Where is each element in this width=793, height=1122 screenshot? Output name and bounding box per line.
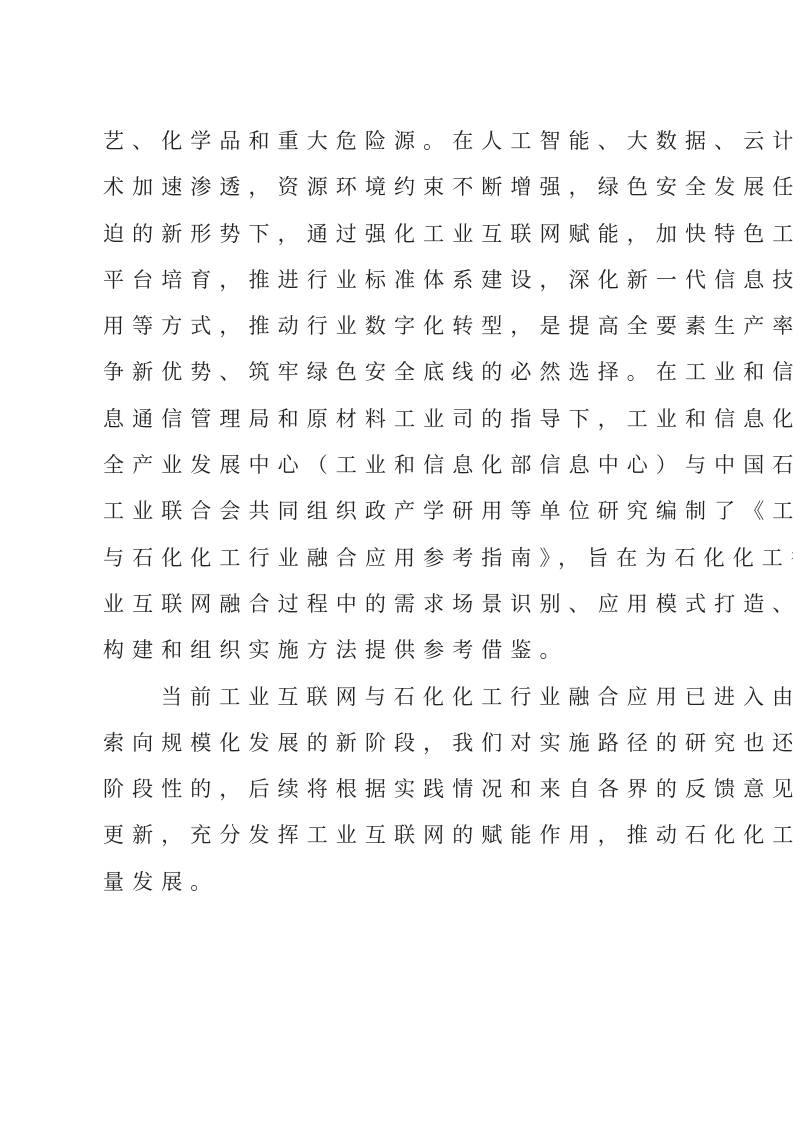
text-line: 与石化化工行业融合应用参考指南》，旨在为石化化工行业与工 <box>103 535 695 581</box>
text-line: 争新优势、筑牢绿色安全底线的必然选择。在工业和信息化部信 <box>103 349 695 395</box>
text-line: 量发展。 <box>103 859 695 905</box>
text-line: 阶段性的，后续将根据实践情况和来自各界的反馈意见适时修订 <box>103 766 695 812</box>
text-line: 当前工业互联网与石化化工行业融合应用已进入由起步探 <box>103 674 695 720</box>
text-line: 全产业发展中心（工业和信息化部信息中心）与中国石油和化学 <box>103 442 695 488</box>
text-line: 息通信管理局和原材料工业司的指导下，工业和信息化部网络安 <box>103 396 695 442</box>
text-line: 艺、化学品和重大危险源。在人工智能、大数据、云计算等新技 <box>103 118 695 164</box>
text-line: 迫的新形势下，通过强化工业互联网赋能，加快特色工业互联网 <box>103 211 695 257</box>
text-line: 用等方式，推动行业数字化转型，是提高全要素生产率、打造竞 <box>103 303 695 349</box>
text-line: 构建和组织实施方法提供参考借鉴。 <box>103 627 695 673</box>
document-page: 艺、化学品和重大危险源。在人工智能、大数据、云计算等新技 术加速渗透，资源环境约… <box>0 0 793 1122</box>
paragraph-2: 当前工业互联网与石化化工行业融合应用已进入由起步探 索向规模化发展的新阶段，我们… <box>103 674 695 905</box>
paragraph-1: 艺、化学品和重大危险源。在人工智能、大数据、云计算等新技 术加速渗透，资源环境约… <box>103 118 695 674</box>
text-line: 业互联网融合过程中的需求场景识别、应用模式打造、关键系统 <box>103 581 695 627</box>
text-line: 平台培育，推进行业标准体系建设，深化新一代信息技术融合应 <box>103 257 695 303</box>
text-line: 术加速渗透，资源环境约束不断增强，绿色安全发展任务更加紧 <box>103 164 695 210</box>
text-line: 索向规模化发展的新阶段，我们对实施路径的研究也还是初步和 <box>103 720 695 766</box>
text-line: 更新，充分发挥工业互联网的赋能作用，推动石化化工行业高质 <box>103 812 695 858</box>
text-line: 工业联合会共同组织政产学研用等单位研究编制了《工业互联网 <box>103 488 695 534</box>
document-body: 艺、化学品和重大危险源。在人工智能、大数据、云计算等新技 术加速渗透，资源环境约… <box>103 118 695 905</box>
